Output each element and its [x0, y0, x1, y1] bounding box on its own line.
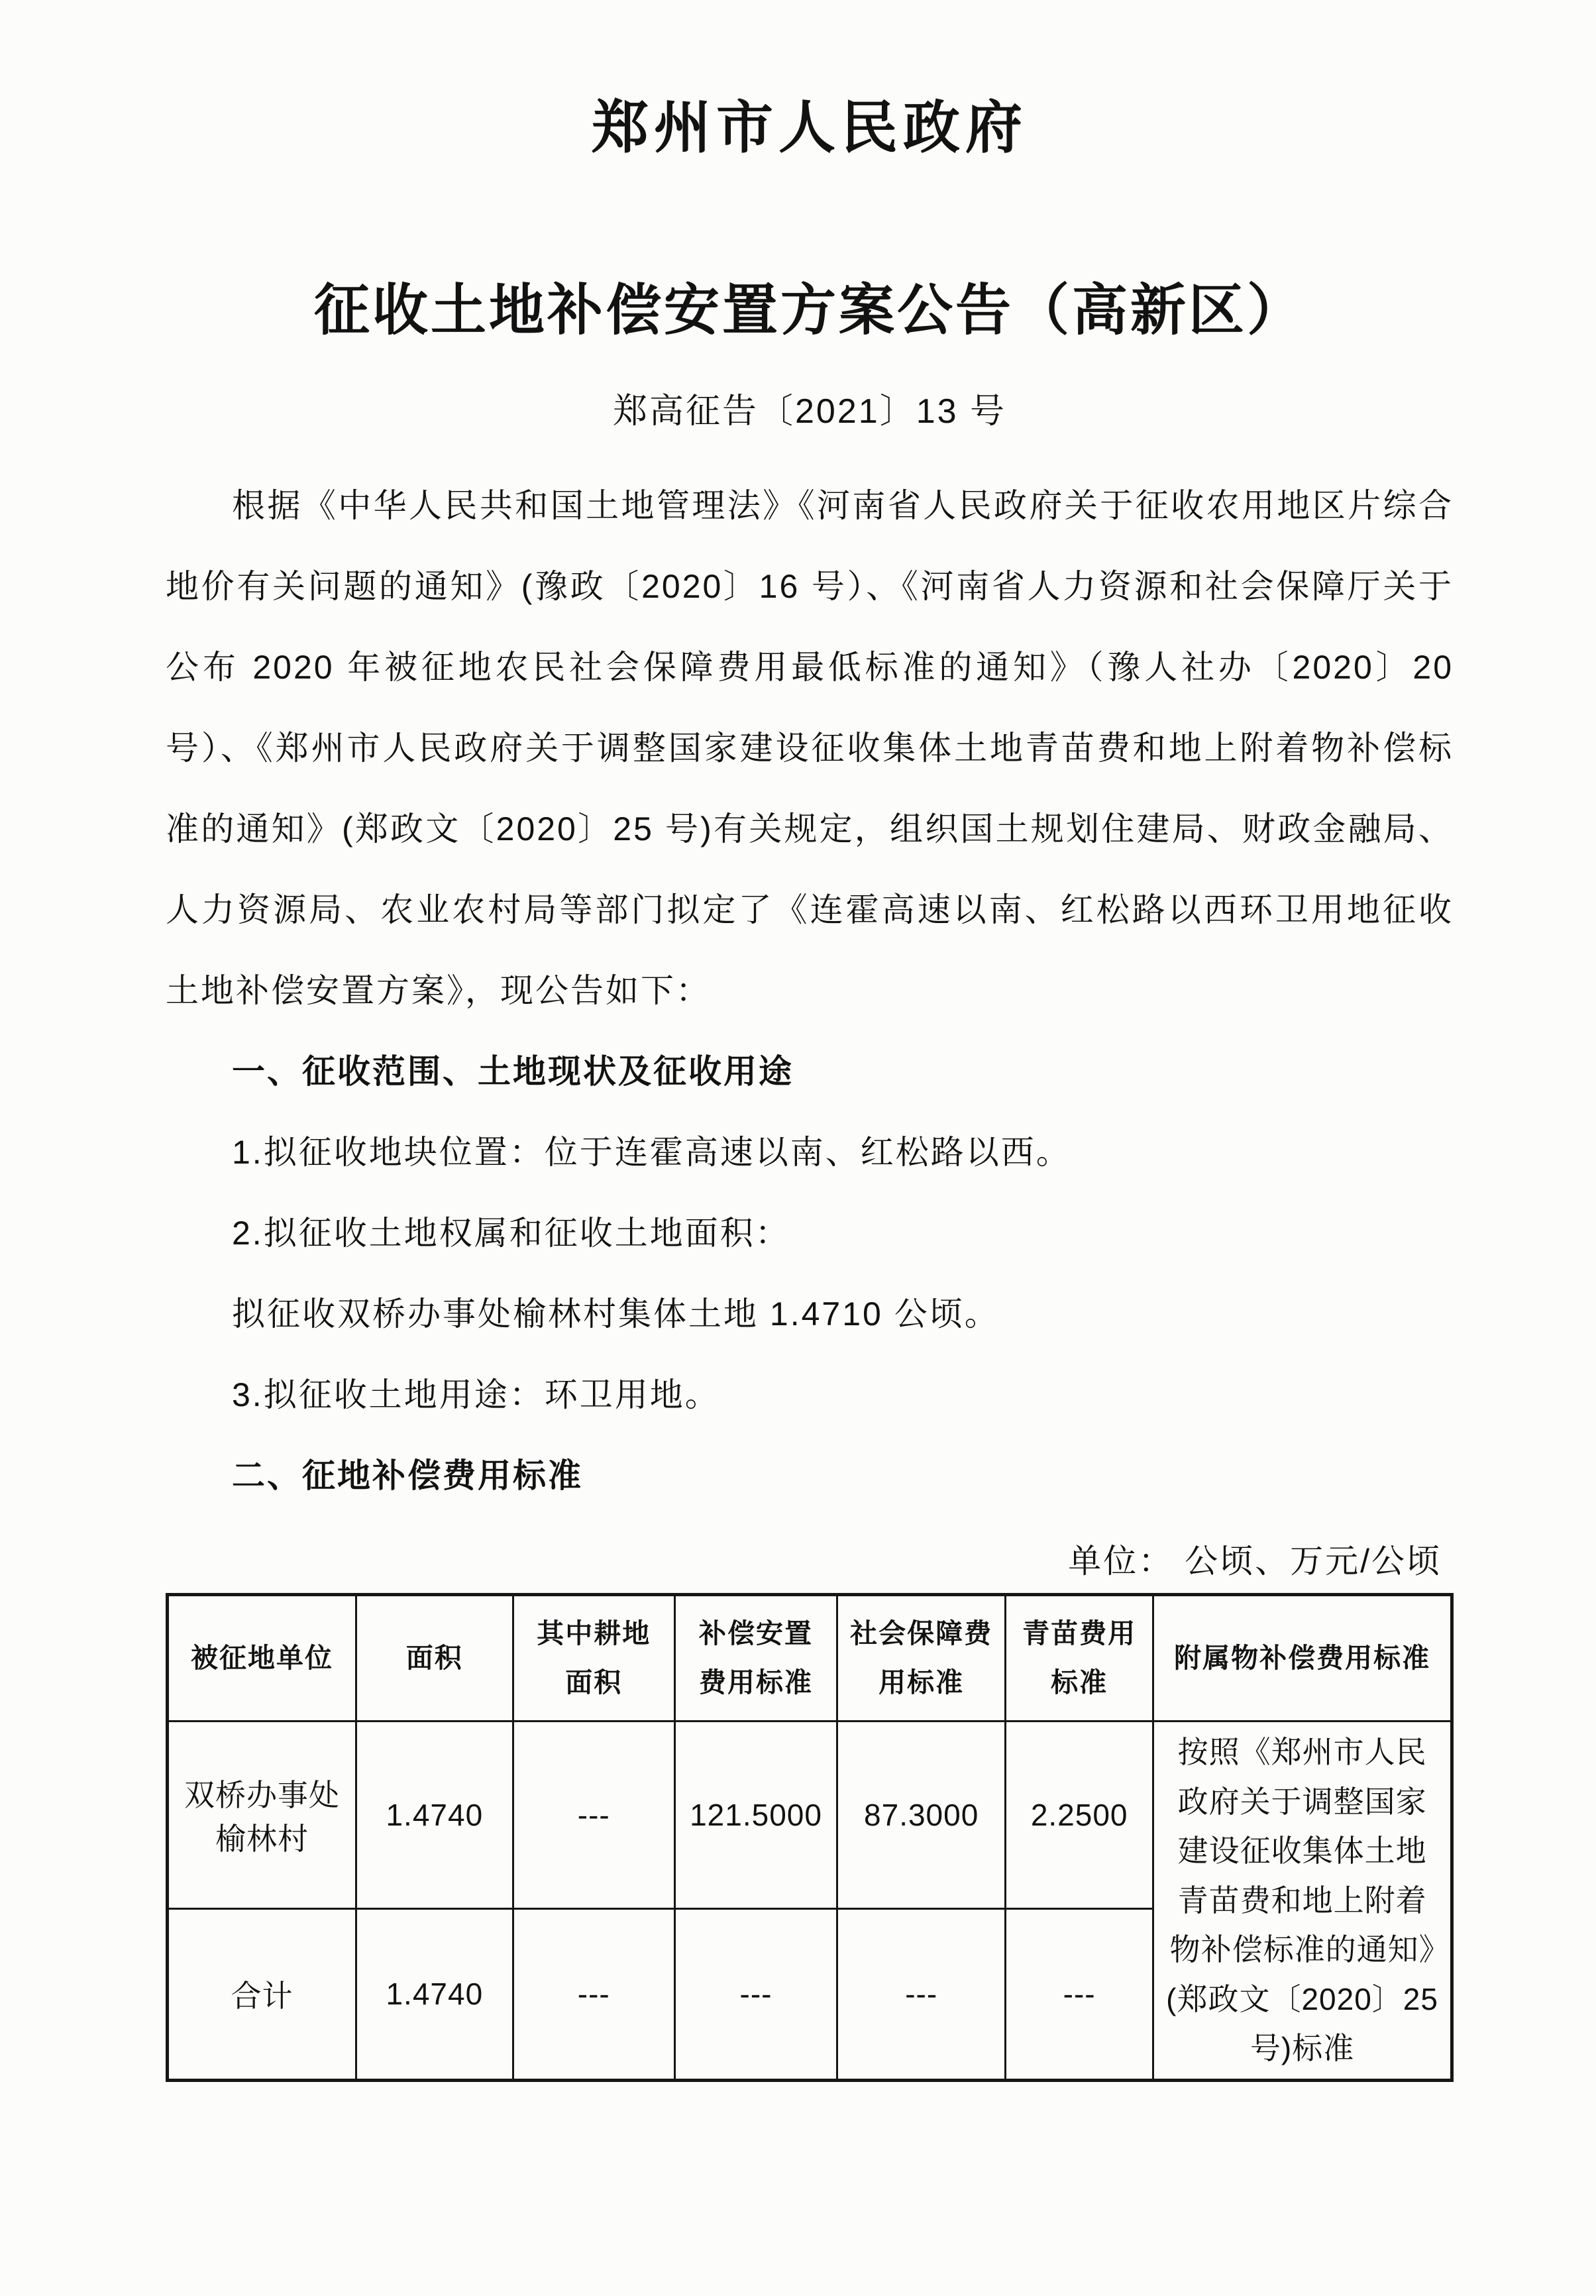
attachment-note-cell: 按照《郑州市人民政府关于调整国家建设征收集体土地青苗费和地上附着物补偿标准的通知… — [1153, 1722, 1452, 2081]
document-content: 郑州市人民政府 征收土地补偿安置方案公告（高新区） 郑高征告〔2021〕13 号… — [0, 99, 1596, 2082]
col-header-farmland-area: 其中耕地面积 — [513, 1595, 674, 1722]
paragraph-legal-basis: 根据《中华人民共和国土地管理法》《河南省人民政府关于征收农用地区片综合地价有关问… — [166, 465, 1454, 1031]
document-subtitle: 征收土地补偿安置方案公告（高新区） — [166, 282, 1454, 338]
item-ownership-area-detail: 拟征收双桥办事处榆林村集体土地 1.4710 公顷。 — [166, 1274, 1454, 1354]
col-header-attachment-fee: 附属物补偿费用标准 — [1153, 1595, 1452, 1722]
cell-social-village: 87.3000 — [837, 1722, 1006, 1909]
cell-area-village: 1.4740 — [356, 1722, 513, 1909]
table-header-row: 被征地单位 面积 其中耕地面积 补偿安置费用标准 社会保障费用标准 青苗费用标准… — [168, 1595, 1452, 1722]
item-plot-location: 1.拟征收地块位置：位于连霍高速以南、红松路以西。 — [166, 1112, 1454, 1193]
col-header-area: 面积 — [356, 1595, 513, 1722]
cell-unit-village: 双桥办事处榆林村 — [168, 1722, 356, 1909]
document-title: 郑州市人民政府 — [166, 99, 1454, 156]
cell-farmland-total: --- — [513, 1908, 674, 2080]
cell-farmland-village: --- — [513, 1722, 674, 1909]
cell-seedling-total: --- — [1006, 1908, 1153, 2080]
item-ownership-area: 2.拟征收土地权属和征收土地面积： — [166, 1193, 1454, 1274]
section2-heading: 二、征地补偿费用标准 — [166, 1435, 1454, 1516]
compensation-table: 被征地单位 面积 其中耕地面积 补偿安置费用标准 社会保障费用标准 青苗费用标准… — [166, 1593, 1454, 2082]
cell-resettlement-total: --- — [674, 1908, 837, 2080]
cell-area-total: 1.4740 — [356, 1908, 513, 2080]
cell-resettlement-village: 121.5000 — [674, 1722, 837, 1909]
section1-heading: 一、征收范围、土地现状及征收用途 — [166, 1031, 1454, 1112]
cell-social-total: --- — [837, 1908, 1006, 2080]
col-header-social-security-fee: 社会保障费用标准 — [837, 1595, 1006, 1722]
item-land-use: 3.拟征收土地用途：环卫用地。 — [166, 1354, 1454, 1435]
col-header-unit: 被征地单位 — [168, 1595, 356, 1722]
col-header-seedling-fee: 青苗费用标准 — [1006, 1595, 1153, 1722]
cell-seedling-village: 2.2500 — [1006, 1722, 1153, 1909]
document-number: 郑高征告〔2021〕13 号 — [166, 394, 1454, 429]
document-page: 郑州市人民政府 征收土地补偿安置方案公告（高新区） 郑高征告〔2021〕13 号… — [0, 0, 1596, 2296]
table-row-village: 双桥办事处榆林村 1.4740 --- 121.5000 87.3000 2.2… — [168, 1722, 1452, 1909]
table-unit-note: 单位： 公顷、万元/公顷 — [166, 1535, 1442, 1582]
document-body: 根据《中华人民共和国土地管理法》《河南省人民政府关于征收农用地区片综合地价有关问… — [166, 465, 1454, 1516]
cell-unit-total: 合计 — [168, 1908, 356, 2080]
col-header-resettlement-fee: 补偿安置费用标准 — [674, 1595, 837, 1722]
